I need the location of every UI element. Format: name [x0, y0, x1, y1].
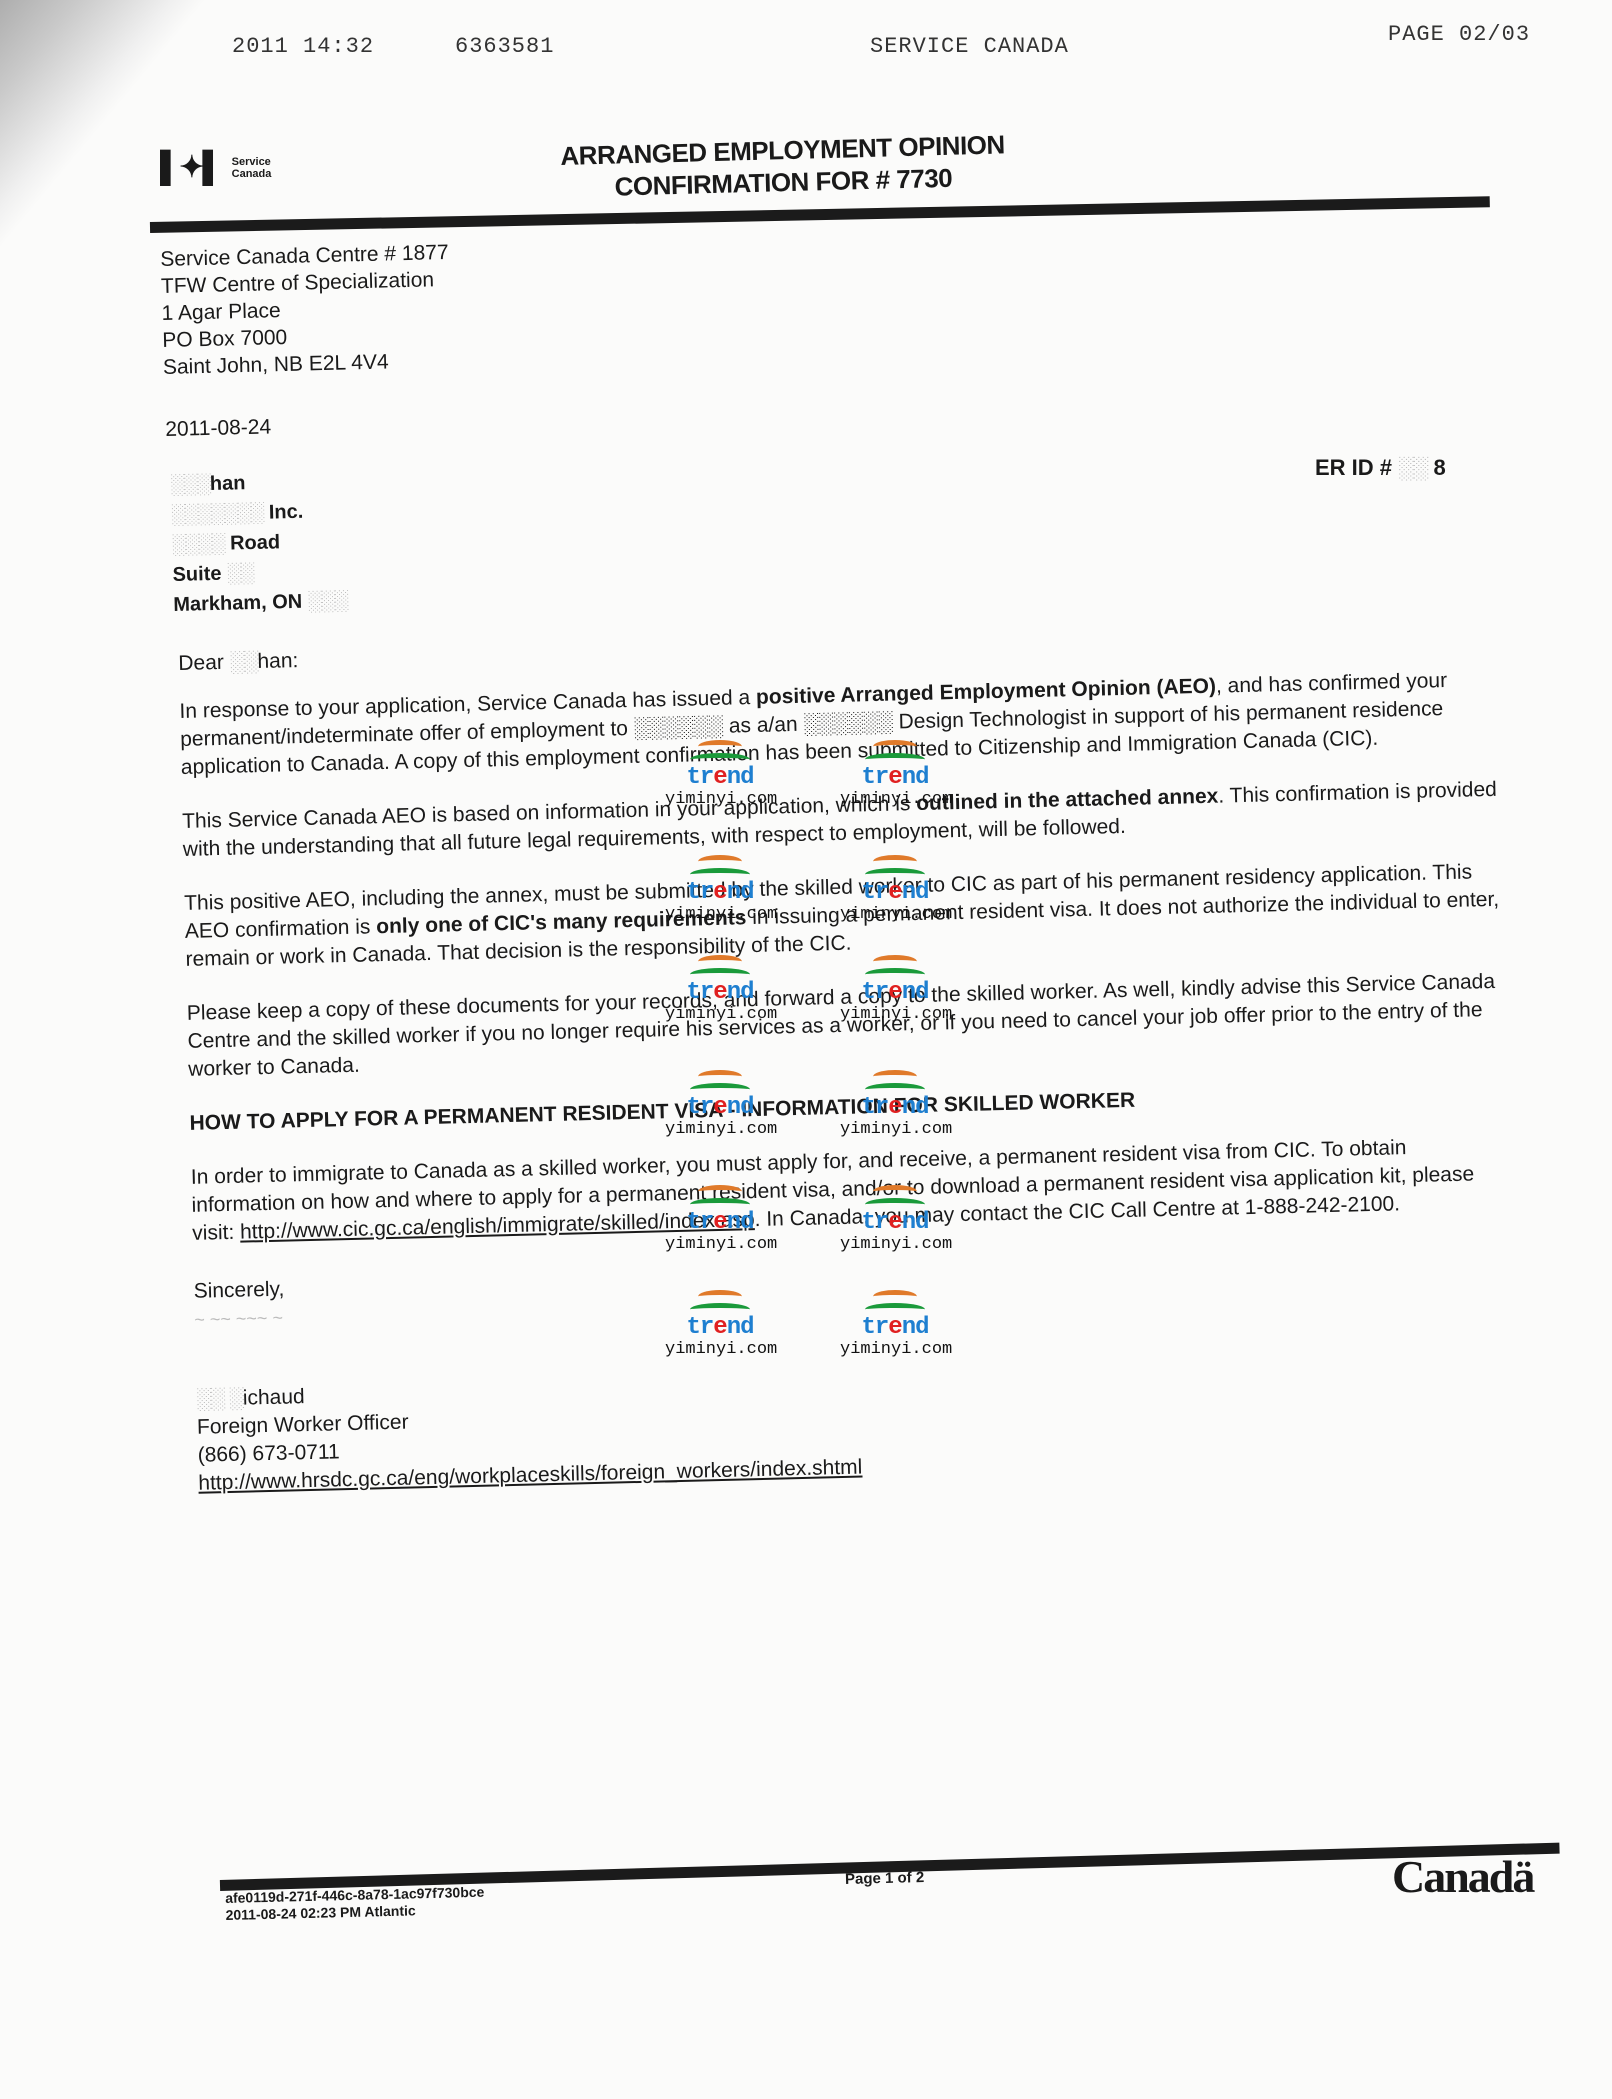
canada-flag-icon: ▌✦▌ [160, 150, 222, 185]
trend-logo-icon: trend [840, 1096, 950, 1120]
service-canada-logo: ▌✦▌ Service Canada [160, 150, 271, 185]
watermark: trendyiminyi.com [840, 1070, 950, 1139]
recipient-address: ░░░han ░░░░░░░ Inc. ░░░░ Road Suite ░░ M… [170, 466, 348, 620]
fax-number: 6363581 [455, 34, 554, 59]
er-id: ER ID # ░░ 8 [1315, 455, 1446, 481]
signature-block: Sincerely, ~ ~~ ~~~ ~ ░░ ░ichaud Foreign… [193, 1246, 1518, 1498]
document-title: ARRANGED EMPLOYMENT OPINION CONFIRMATION… [560, 128, 1006, 204]
trend-logo-icon: trend [665, 1316, 775, 1340]
letter-date: 2011-08-24 [165, 415, 271, 442]
watermark: trendyiminyi.com [665, 740, 775, 809]
sender-address: Service Canada Centre # 1877 TFW Centre … [160, 239, 452, 381]
fax-sender: SERVICE CANADA [870, 34, 1069, 59]
canada-wordmark: Canadä [1392, 1850, 1533, 1903]
header-rule [150, 196, 1490, 233]
trend-logo-icon: trend [665, 1096, 775, 1120]
trend-logo-icon: trend [665, 881, 775, 905]
trend-logo-icon: trend [840, 1316, 950, 1340]
watermark: trendyiminyi.com [840, 1185, 950, 1254]
watermark: trendyiminyi.com [840, 855, 950, 924]
watermark: trendyiminyi.com [840, 1290, 950, 1359]
watermark: trendyiminyi.com [665, 955, 775, 1024]
watermark: trendyiminyi.com [665, 1070, 775, 1139]
watermark: trendyiminyi.com [665, 1185, 775, 1254]
trend-logo-icon: trend [840, 766, 950, 790]
trend-logo-icon: trend [840, 1211, 950, 1235]
trend-logo-icon: trend [665, 981, 775, 1005]
footer-document-id: afe0119d-271f-446c-8a78-1ac97f730bce 201… [225, 1884, 485, 1924]
fax-page: PAGE 02/03 [1388, 22, 1530, 47]
trend-logo-icon: trend [665, 1211, 775, 1235]
page-number: Page 1 of 2 [845, 1869, 925, 1888]
fax-datetime: 2011 14:32 [232, 34, 374, 59]
watermark: trendyiminyi.com [840, 740, 950, 809]
logo-wordmark: Service Canada [232, 156, 272, 180]
trend-logo-icon: trend [840, 981, 950, 1005]
trend-logo-icon: trend [840, 881, 950, 905]
watermark: trendyiminyi.com [665, 1290, 775, 1359]
watermark: trendyiminyi.com [665, 855, 775, 924]
watermark: trendyiminyi.com [840, 955, 950, 1024]
salutation: Dear ░░han: [178, 618, 1498, 678]
trend-logo-icon: trend [665, 766, 775, 790]
